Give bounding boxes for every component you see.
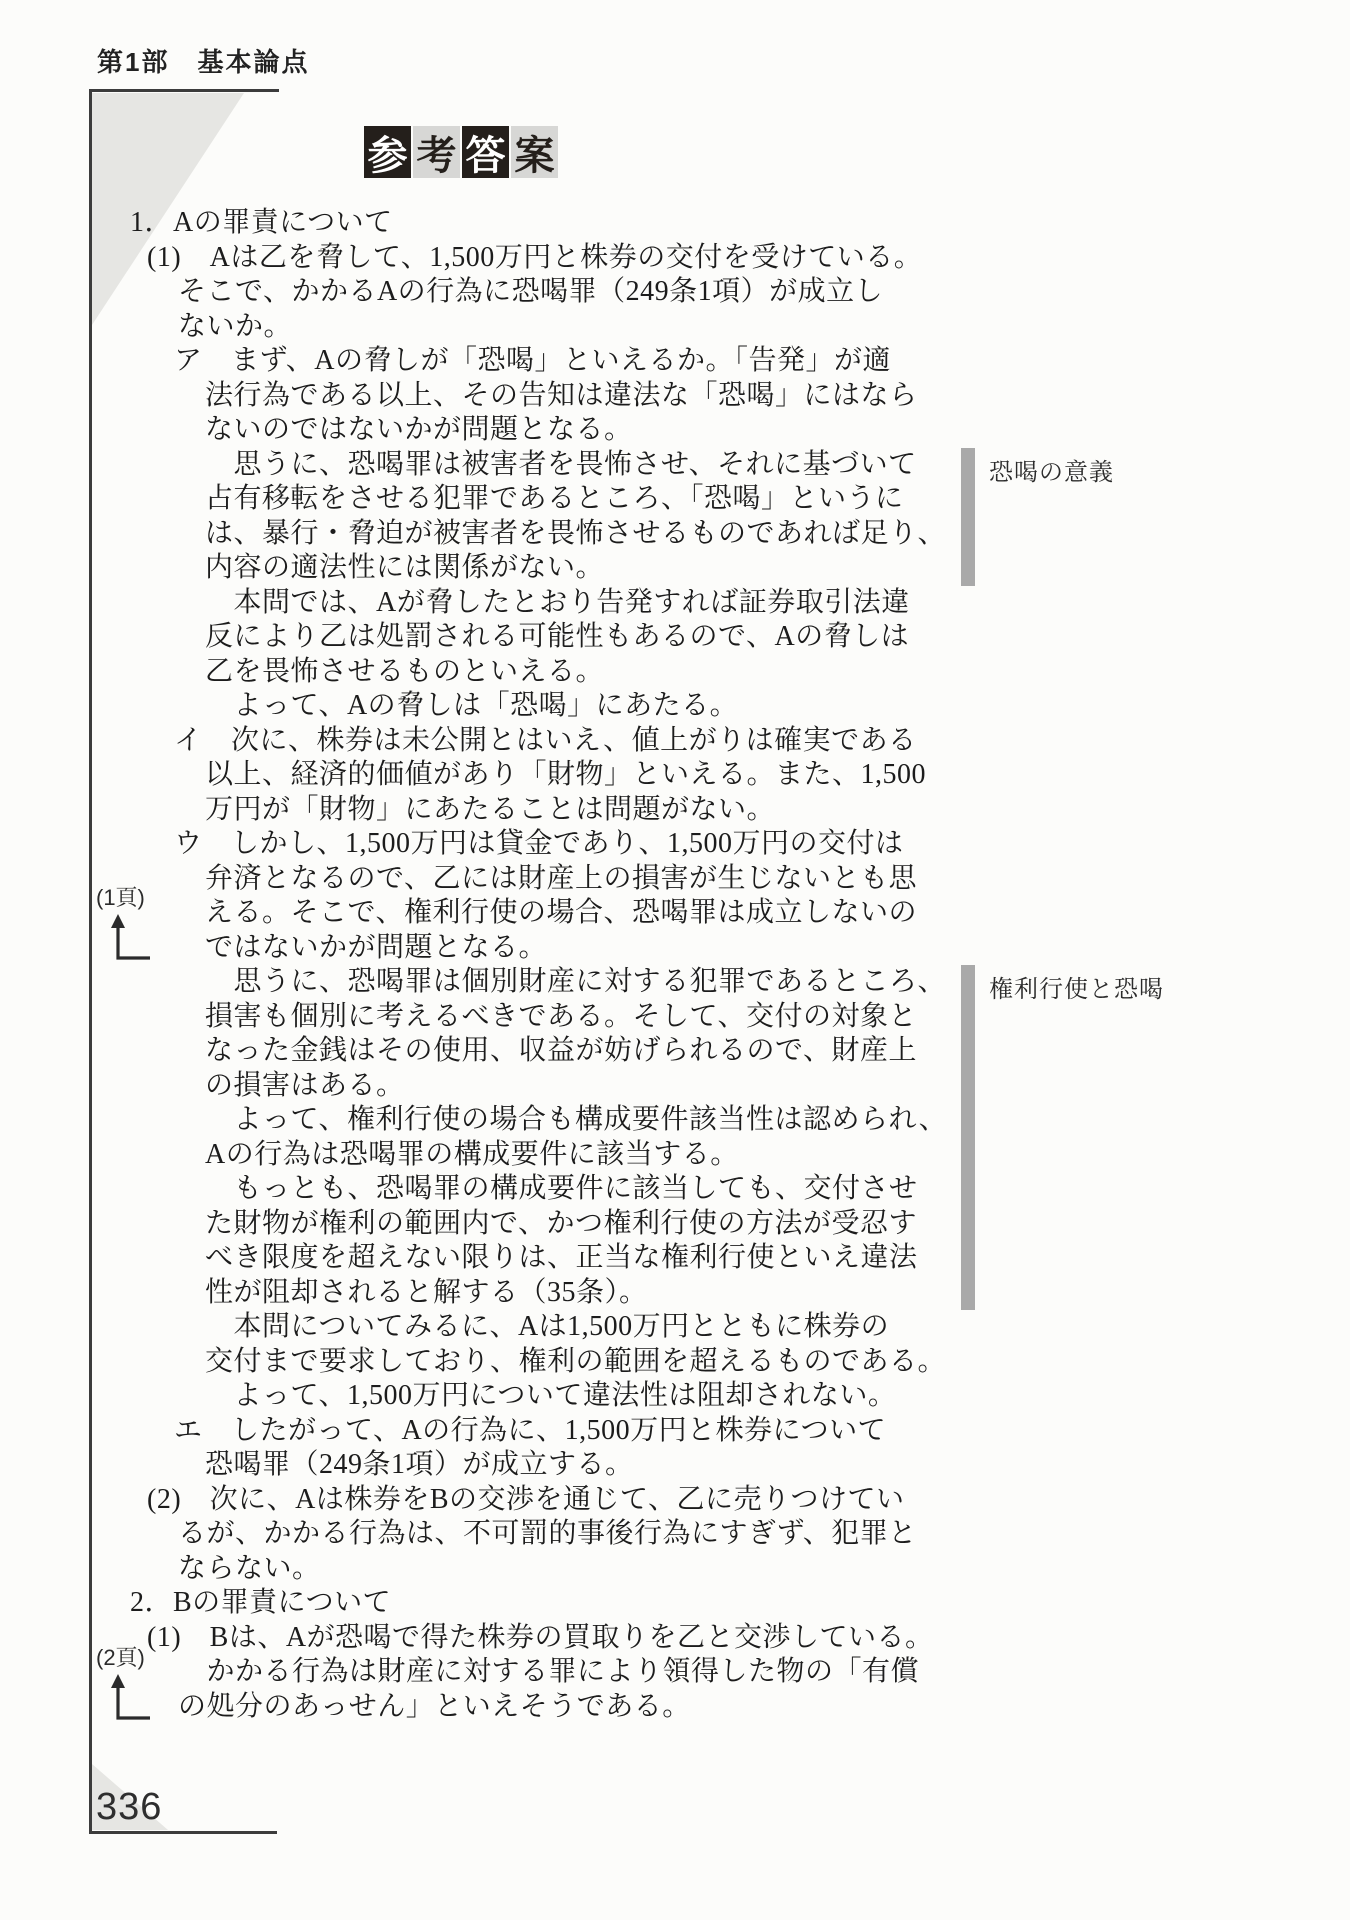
margin-note-bar — [961, 448, 975, 586]
body-text-line: 本問では、Aが脅したとおり告発すれば証券取引法違 — [90, 586, 950, 621]
body-text-line: ウ しかし、1,500万円は貸金であり、1,500万円の交付は — [90, 827, 950, 862]
body-text-line: 思うに、恐喝罪は被害者を畏怖させ、それに基づいて — [90, 448, 950, 483]
margin-note-kyokatsu-igi: 恐喝の意義 — [989, 452, 1114, 487]
body-text-line: 交付まで要求しており、権利の範囲を超えるものである。 — [90, 1345, 950, 1380]
body-text-line: 万円が「財物」にあたることは問題がない。 — [90, 793, 950, 828]
chapter-header: 第1部 基本論点 — [97, 42, 309, 79]
book-page: { "page": { "header": "第1部 基本論点", "page_… — [0, 0, 1350, 1920]
body-text-line: Aの行為は恐喝罪の構成要件に該当する。 — [90, 1138, 950, 1173]
body-text-line: の処分のあっせん」といえそうである。 — [90, 1690, 950, 1725]
body-text-line: 乙を畏怖させるものといえる。 — [90, 655, 950, 690]
header-rule — [89, 89, 279, 92]
page-marker-arrow-icon — [110, 914, 156, 962]
body-text-line: 反により乙は処罰される可能性もあるので、Aの脅しは — [90, 620, 950, 655]
body-text-line: なった金銭はその使用、収益が妨げられるので、財産上 — [90, 1034, 950, 1069]
body-text-line: よって、1,500万円について違法性は阻却されない。 — [90, 1379, 950, 1414]
page-marker-label: (2頁) — [96, 1641, 166, 1672]
title-char: 参 — [364, 126, 411, 178]
title-char: 答 — [462, 126, 509, 178]
body-text-line: 恐喝罪（249条1項）が成立する。 — [90, 1448, 950, 1483]
page-marker-label: (1頁) — [96, 881, 166, 912]
title-char: 考 — [413, 126, 460, 178]
page-marker-arrow-icon — [110, 1674, 156, 1722]
body-text-line: 内容の適法性には関係がない。 — [90, 551, 950, 586]
body-text-line: 本問についてみるに、Aは1,500万円とともに株券の — [90, 1310, 950, 1345]
body-text-line: るが、かかる行為は、不可罰的事後行為にすぎず、犯罪と — [90, 1517, 950, 1552]
body-text-line: (2) 次に、Aは株券をBの交渉を通じて、乙に売りつけてい — [90, 1483, 950, 1518]
body-text-line: 性が阻却されると解する（35条）。 — [90, 1276, 950, 1311]
footer-rule — [89, 1831, 277, 1834]
body-text-line: 法行為である以上、その告知は違法な「恐喝」にはなら — [90, 379, 950, 414]
body-text-line: もっとも、恐喝罪の構成要件に該当しても、交付させ — [90, 1172, 950, 1207]
body-text-line: ア まず、Aの脅しが「恐喝」といえるか。「告発」が適 — [90, 344, 950, 379]
margin-note-bar — [961, 965, 975, 1310]
body-text-line: 1．Aの罪責について — [90, 206, 950, 241]
answer-body-text: 1．Aの罪責について(1) Aは乙を脅して、1,500万円と株券の交付を受けてい… — [90, 206, 950, 1724]
body-text-line: イ 次に、株券は未公開とはいえ、値上がりは確実である — [90, 724, 950, 759]
body-text-line: は、暴行・脅迫が被害者を畏怖させるものであれば足り、 — [90, 517, 950, 552]
body-text-line: ではないかが問題となる。 — [90, 931, 950, 966]
body-text-line: そこで、かかるAの行為に恐喝罪（249条1項）が成立し — [90, 275, 950, 310]
reference-answer-title: 参 考 答 案 — [364, 126, 558, 178]
body-text-line: べき限度を超えない限りは、正当な権利行使といえ違法 — [90, 1241, 950, 1276]
body-text-line: ならない。 — [90, 1552, 950, 1587]
body-text-line: 以上、経済的価値があり「財物」といえる。また、1,500 — [90, 758, 950, 793]
page-number: 336 — [96, 1786, 162, 1829]
body-text-line: ないか。 — [90, 310, 950, 345]
body-text-line: 2．Bの罪責について — [90, 1586, 950, 1621]
body-text-line: (1) Bは、Aが恐喝で得た株券の買取りを乙と交渉している。 — [90, 1621, 950, 1656]
page-break-marker-2: (2頁) — [96, 1641, 166, 1722]
body-text-line: 占有移転をさせる犯罪であるところ、「恐喝」というに — [90, 482, 950, 517]
body-text-line: た財物が権利の範囲内で、かつ権利行使の方法が受忍す — [90, 1207, 950, 1242]
title-char: 案 — [511, 126, 558, 178]
body-text-line: エ したがって、Aの行為に、1,500万円と株券について — [90, 1414, 950, 1449]
margin-note-kenri-koshi: 権利行使と恐喝 — [989, 969, 1164, 1004]
body-text-line: える。そこで、権利行使の場合、恐喝罪は成立しないの — [90, 896, 950, 931]
body-text-line: 思うに、恐喝罪は個別財産に対する犯罪であるところ、 — [90, 965, 950, 1000]
body-text-line: かかる行為は財産に対する罪により領得した物の「有償 — [90, 1655, 950, 1690]
body-text-line: (1) Aは乙を脅して、1,500万円と株券の交付を受けている。 — [90, 241, 950, 276]
body-text-line: 損害も個別に考えるべきである。そして、交付の対象と — [90, 1000, 950, 1035]
body-text-line: よって、Aの脅しは「恐喝」にあたる。 — [90, 689, 950, 724]
page-break-marker-1: (1頁) — [96, 881, 166, 962]
body-text-line: の損害はある。 — [90, 1069, 950, 1104]
body-text-line: ないのではないかが問題となる。 — [90, 413, 950, 448]
body-text-line: 弁済となるので、乙には財産上の損害が生じないとも思 — [90, 862, 950, 897]
body-text-line: よって、権利行使の場合も構成要件該当性は認められ、 — [90, 1103, 950, 1138]
